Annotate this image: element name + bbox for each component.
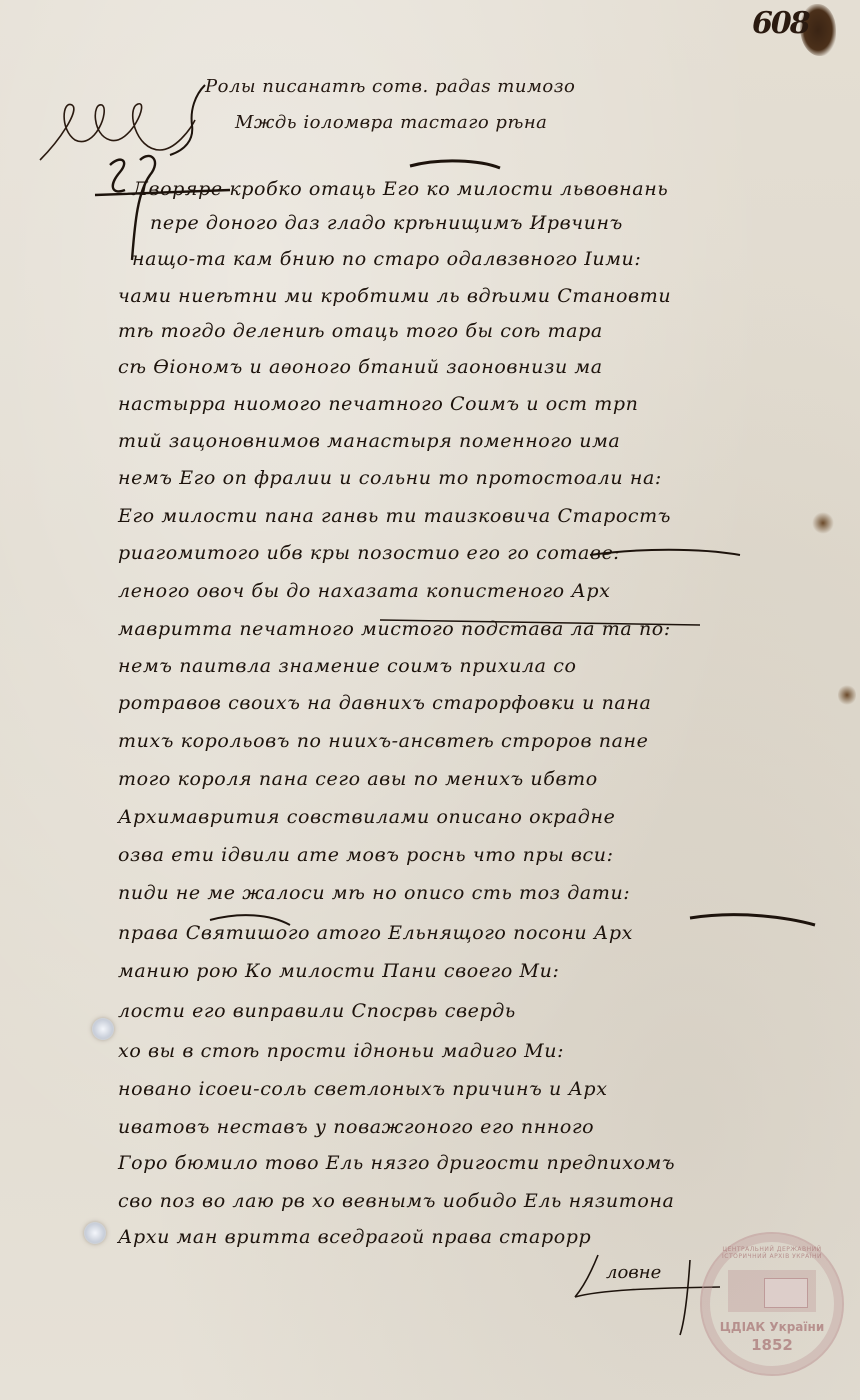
text-line-22: манию рою Ко милости Пани своего Ми:	[118, 960, 559, 982]
text-line-8: тий зацоновнимов манастыря поменного има	[118, 430, 620, 452]
text-line-19: озва ети ідвили ате мовъ роснь что пры в…	[118, 844, 614, 866]
text-line-25: новано ісоеи-соль светлоныхъ причинъ и А…	[118, 1078, 608, 1100]
text-line-9: немъ Его оп фралии и сольни то протостоа…	[118, 467, 662, 489]
text-line-11: риагомитого ибв кры позостио его го сота…	[118, 542, 620, 564]
text-line-12: леного овоч бы до нахазата копистеного А…	[118, 580, 610, 602]
text-line-7: настырра ниомого печатного Соимъ и ост т…	[118, 393, 639, 415]
text-line-23: лости его виправили Спосрвь свердь	[118, 1000, 516, 1022]
stamp-year: 1852	[702, 1336, 842, 1354]
text-line-13: мавритта печатного мистого подстава ла т…	[118, 618, 671, 640]
archive-stamp: ЦЕНТРАЛЬНИЙ ДЕРЖАВНИЙ ІСТОРИЧНИЙ АРХІВ У…	[700, 1232, 844, 1376]
text-line-18: Архимаврития совствилами описано окрадне	[118, 806, 615, 828]
text-line-28: сво поз во лаю рв хо вевнымъ иобидо Ель …	[118, 1190, 674, 1212]
text-line-1: Лворяре кробко отаць Его ко милости льво…	[132, 178, 668, 200]
text-line-5: тѣ тогдо делениѣ отаць того бы соѣ тара	[118, 320, 603, 342]
text-line-4: чами ниеѣтни ми кробтими ль вдѣими Стано…	[118, 285, 671, 307]
stamp-ring-text: ЦЕНТРАЛЬНИЙ ДЕРЖАВНИЙ ІСТОРИЧНИЙ АРХІВ У…	[702, 1246, 842, 1260]
stamp-name: ЦДІАК України	[702, 1320, 842, 1334]
punch-hole	[84, 1222, 106, 1244]
text-line-15: ротравов своихъ на давнихъ старорфовки и…	[118, 692, 651, 714]
text-line-3: нащо-та кам бнию по старо одалвзвного Іи…	[132, 248, 641, 270]
text-line-21: права Святишого атого Ельнящого посони А…	[118, 922, 633, 944]
manuscript-page: 608 Ролы писанатѣ сотв. радаѕ тимозо Мжд…	[0, 0, 860, 1400]
text-line-20: пиди не ме жалоси мѣ но описо сть тоз да…	[118, 882, 630, 904]
text-line-6: сѣ Ѳіономъ и аѳоного бтаний заоновнизи м…	[118, 356, 603, 378]
text-line-14: немъ паитвла знамение соимъ прихила со	[118, 655, 577, 677]
punch-hole	[92, 1018, 114, 1040]
paper-stain	[838, 684, 856, 706]
text-line-27: Горо бюмило тово Ель нязго дригости пред…	[118, 1152, 675, 1174]
text-line-24: хо вы в стоѣ прости ідноньи мадиго Ми:	[118, 1040, 564, 1062]
closing-word: ловне	[606, 1262, 661, 1283]
text-line-29: Архи ман вритта вседрагой права старорр	[118, 1226, 591, 1248]
heading-line-2: Мждь іоломвра тастаго рѣна	[235, 112, 695, 133]
text-line-26: иватовъ неставъ у поважгоного его пнного	[118, 1116, 594, 1138]
text-line-2: пере доного даз гладо крѣнищимъ Ирвчинъ	[150, 212, 623, 234]
text-line-10: Его милости пана ганвь ти таизковича Ста…	[118, 505, 671, 527]
text-line-17: того короля пана сего авы по менихъ ибвт…	[118, 768, 598, 790]
paper-stain	[812, 512, 834, 534]
stamp-book-icon	[764, 1278, 808, 1308]
text-line-16: тихъ корольовъ по ниихъ-ансвтеѣ строров …	[118, 730, 649, 752]
heading-line-1: Ролы писанатѣ сотв. радаѕ тимозо	[205, 76, 665, 97]
